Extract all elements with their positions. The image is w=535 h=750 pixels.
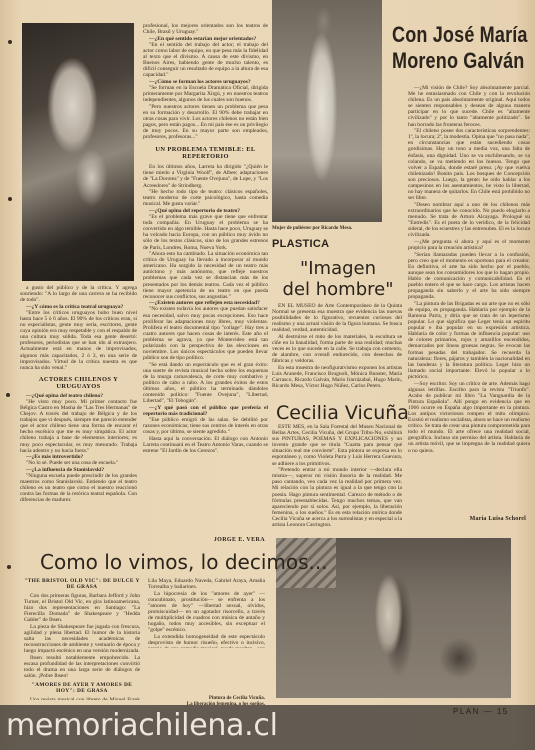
title-line: Moreno Galván (392, 48, 531, 74)
paragraph: "Pero nuestros actores tienen un problem… (143, 104, 268, 141)
section-label-plastica: PLASTICA (272, 238, 329, 250)
paragraph: "Serían llamaradas pueden llevar a la co… (408, 252, 530, 301)
paragraph: "Ese público emigró de las salas. Se deb… (143, 417, 268, 435)
section-title-como-lo-vimos: Como lo vimos, lo decimos... (40, 550, 328, 574)
subheading-repertorio: UN PROBLEMA TEMIBLE: EL REPERTORIO (143, 146, 268, 160)
watermark-logo: memoriachilena.cl (6, 706, 278, 746)
paragraph: "He visto muy poco. Mi primer contacto f… (20, 399, 137, 454)
paragraph: —¿Mi visión de Chile? Soy absolutamente … (408, 85, 530, 128)
paragraph: "El chileno posee dos características so… (408, 128, 530, 201)
paragraph: "La pintura de las Brigadas es un arte q… (408, 301, 530, 380)
paragraph: "He hecho todo tipo de teatro: clásicos … (143, 189, 268, 207)
paragraph: La pieza de Shakespeare fue jugada con f… (24, 624, 140, 654)
paragraph: Con dos primeras figuras, Barbara Jeffor… (24, 593, 140, 623)
vicuna-body: ESTE MES, en la Sala Forestal del Museo … (272, 424, 402, 534)
paragraph: "Es el problema más grave que tiene que … (143, 214, 268, 251)
article-title-imagen-del-hombre: "Imagen del hombre" (272, 258, 404, 300)
paragraph: "En el sentido del trabajo del actor; el… (143, 42, 268, 79)
paragraph: "Entre los críticos uruguayos hubo buen … (20, 310, 137, 371)
binding-hole (8, 197, 12, 201)
binding-hole (6, 393, 10, 397)
question: —¿Y qué pasó con el público que prefería… (143, 405, 268, 417)
paragraph: "Se forman en la Escuela Dramática Ofici… (143, 85, 268, 103)
paragraph: La hipocresía de los "amores de ayer" —c… (148, 591, 265, 634)
sculpture-photo (272, 0, 382, 222)
paragraph: —¿Me pregunta si ahora y aquí es el mome… (408, 239, 530, 251)
paragraph: EN EL MUSEO de Arte Contemporáneo de la … (272, 303, 402, 333)
paragraph: Una revista musical con libreto de Migue… (24, 697, 140, 700)
plastica-body: EN EL MUSEO de Arte Contemporáneo de la … (272, 303, 402, 391)
paragraph: —Soy escritor. Soy un crítico de arte. A… (408, 381, 530, 454)
title-line: del hombre" (272, 279, 404, 300)
paragraph: "Ninguna escuela puede prescindir de los… (20, 473, 137, 503)
paragraph: "Se está dando un espectáculo que es el … (143, 362, 268, 405)
article-title-cecilia-vicuna: Cecilia Vicuña (276, 402, 409, 424)
paragraph: La extendida homogeneidad de este espect… (148, 634, 265, 648)
paragraph: Hasta aquí la conversación. El diálogo c… (143, 436, 268, 454)
magazine-page: a gusto del público y de la crítica. Y a… (0, 0, 535, 750)
reviews-column-2: Lila Maya, Eduardo Naveda, Gabriel Araya… (148, 578, 265, 648)
title-line: "Imagen (272, 258, 404, 279)
article-title-moreno-galvan: Con José María Moreno Galván (392, 22, 531, 74)
subheading-bristol: "THE BRISTOL OLD VIC": DE DULCE Y DE GRA… (24, 578, 140, 590)
binding-hole (8, 40, 12, 44)
paragraph: En esta muestra de neofiguratvismo expon… (272, 365, 402, 389)
paragraph: "No lo sé. Puede ser una cosa de escuela… (20, 460, 137, 466)
binding-hole (7, 565, 11, 569)
interview-column-2: profesional, los mejores orientados son … (143, 23, 268, 528)
paragraph: Ibsen resultó notablemente empobrecido. … (24, 655, 140, 679)
interview-column-1: a gusto del público y de la crítica. Y a… (20, 285, 137, 535)
paragraph: En los últimos años, Larreta ha dirigido… (143, 164, 268, 188)
page-footer: PLAN — 15 (453, 707, 509, 716)
sculpture-caption: Mujer de poliéster por Ricardo Mesa. (272, 226, 402, 231)
paragraph: "Ahora esto ha cambiado. La situación ec… (143, 251, 268, 300)
title-line: Con José María (392, 22, 531, 48)
paragraph: "Deseo nombrar aquí a uno de los chileno… (408, 202, 530, 239)
paragraph: ESTE MES, en la Sala Forestal del Museo … (272, 424, 402, 467)
paragraph: profesional, los mejores orientados son … (143, 23, 268, 35)
portrait-photo-antonio-larreta (22, 23, 134, 281)
byline-maria-luisa-schorel: María Luisa Schorel (408, 516, 526, 522)
reviews-column-1: "THE BRISTOL OLD VIC": DE DULCE Y DE GRA… (24, 578, 140, 700)
paragraph: Al destruirse el mito de los materiales,… (272, 334, 402, 364)
paragraph: "Pretendo entrar a mi mundo interior —de… (272, 467, 402, 528)
paragraph: "No existen todavía los autores que pued… (143, 306, 268, 361)
subheading-amores: "AMORES DE AYER Y AMORES DE HOY": DE GRA… (24, 682, 140, 694)
question: —¿Y cómo es la crítica teatral uruguaya? (20, 304, 137, 310)
subheading-actores: ACTORES CHILENOS Y URUGUAYOS (20, 376, 137, 390)
byline-jorge-vera: JORGE E. VERA (143, 537, 265, 543)
question: —¿En qué sentido estarían mejor orientad… (143, 36, 268, 42)
moreno-body: —¿Mi visión de Chile? Soy absolutamente … (408, 85, 530, 505)
paragraph: Lila Maya, Eduardo Naveda, Gabriel Araya… (148, 578, 265, 590)
paragraph: a gusto del público y de la crítica. Y a… (20, 285, 137, 303)
